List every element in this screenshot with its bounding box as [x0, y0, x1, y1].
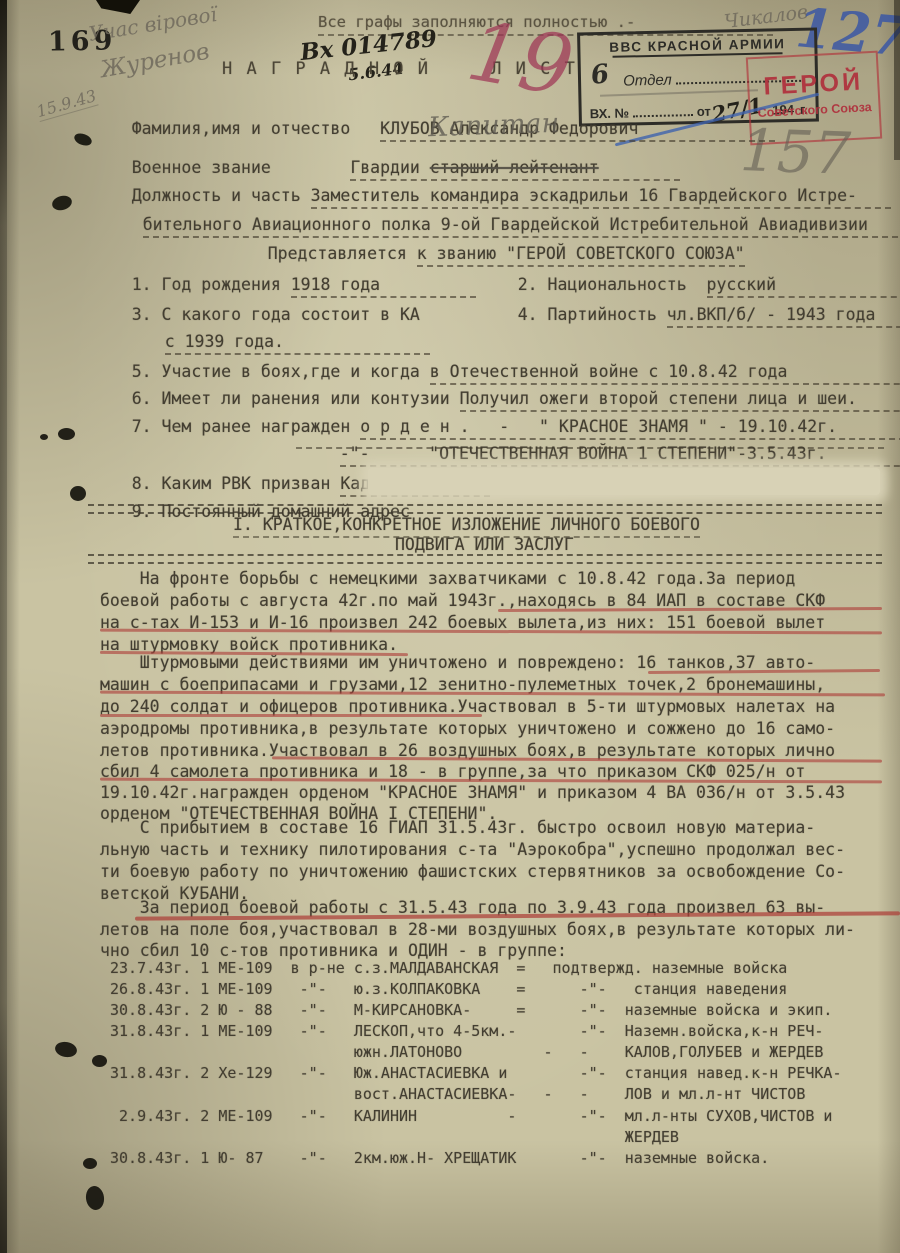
victory-row: 31.8.43г. 1 МЕ-109 -"- ЛЕСКОП,что 4-5км.… — [110, 1023, 823, 1040]
paper-damage-spot — [40, 434, 48, 440]
victory-row: ЖЕРДЕВ — [110, 1129, 679, 1146]
victory-row: 30.8.43г. 2 Ю - 88 -"- М-КИРСАНОВКА- = -… — [110, 1002, 832, 1019]
body-line: С прибытием в составе 16 ГИАП 31.5.43г. … — [100, 819, 815, 838]
name-label: Фамилия,имя и отчество — [132, 119, 351, 138]
victory-row: 31.8.43г. 2 Хе-129 -"- Юж.АНАСТАСИЕВКА и… — [110, 1065, 842, 1082]
field-7-extra-line — [296, 447, 884, 449]
body-line: На фронте борьбы с немецкими захватчикам… — [100, 570, 795, 589]
victory-row: 30.8.43г. 1 Ю- 87 -"- 2км.юж.Н- ХРЕЩАТИК… — [110, 1150, 769, 1167]
separator-bottom — [88, 554, 882, 564]
paper-damage-spot — [83, 1158, 97, 1169]
paper-damage-spot — [73, 131, 94, 147]
body-line: льную часть и технику пилотирования с-та… — [100, 841, 845, 860]
stamp-dept-label: Отдел — [623, 72, 672, 90]
body-line: ти боевую работу по уничтожению фашистск… — [100, 863, 845, 882]
scan-edge-right — [894, 0, 900, 160]
field-4: 4. Партийность чл.ВКП/б/ - 1943 года — [478, 287, 900, 347]
red-underline — [498, 607, 882, 612]
red-underline — [100, 714, 482, 717]
victory-row: южн.ЛАТОНОВО - - КАЛОВ,ГОЛУБЕВ и ЖЕРДЕВ — [110, 1044, 823, 1061]
pencil-note-3: 15.9.43 — [34, 86, 98, 122]
scan-edge-left — [0, 0, 7, 1253]
paper-damage-spot — [51, 194, 74, 213]
stamp-dept-number: 6 — [589, 59, 611, 91]
award-sheet-scan: Все графы заполняются полностью .- 169 У… — [0, 0, 900, 1253]
paper-damage-spot — [58, 428, 75, 440]
paper-damage-spot — [54, 1040, 78, 1059]
victory-row: 2.9.43г. 2 МЕ-109 -"- КАЛИНИН - -"- мл.л… — [110, 1108, 832, 1125]
victory-row: 26.8.43г. 1 МЕ-109 -"- ю.з.КОЛПАКОВКА = … — [110, 981, 787, 998]
victory-row: вост.АНАСТАСИЕВКА- - - ЛОВ и мл.л-нт ЧИС… — [110, 1086, 805, 1103]
paper-damage-spot — [70, 486, 86, 501]
section-heading-2: ПОДВИГА ИЛИ ЗАСЛУГ — [395, 536, 574, 555]
victory-row: 23.7.43г. 1 МЕ-109 в р-не с.з.МАЛДАВАНСК… — [110, 960, 787, 977]
redaction-box — [368, 468, 880, 495]
paper-damage-spot — [92, 1055, 107, 1067]
field-4-value: чл.ВКП/б/ - 1943 года — [667, 306, 900, 328]
rank-handwritten: Капитан — [427, 108, 559, 144]
field-4-label: 4. Партийность — [518, 305, 657, 324]
body-line: аэродромы противника,в результате которы… — [100, 720, 835, 739]
separator-top — [88, 504, 882, 514]
paper-damage-spot — [84, 1185, 105, 1211]
body-line: летов на поле боя,участвовал в 28-ми воз… — [100, 921, 855, 940]
red-pencil-mark: 19 — [461, 4, 580, 116]
red-underline — [648, 669, 880, 674]
body-line: 19.10.42г.награжден орденом "КРАСНОЕ ЗНА… — [100, 784, 845, 803]
scan-corner-mark — [96, 0, 140, 14]
